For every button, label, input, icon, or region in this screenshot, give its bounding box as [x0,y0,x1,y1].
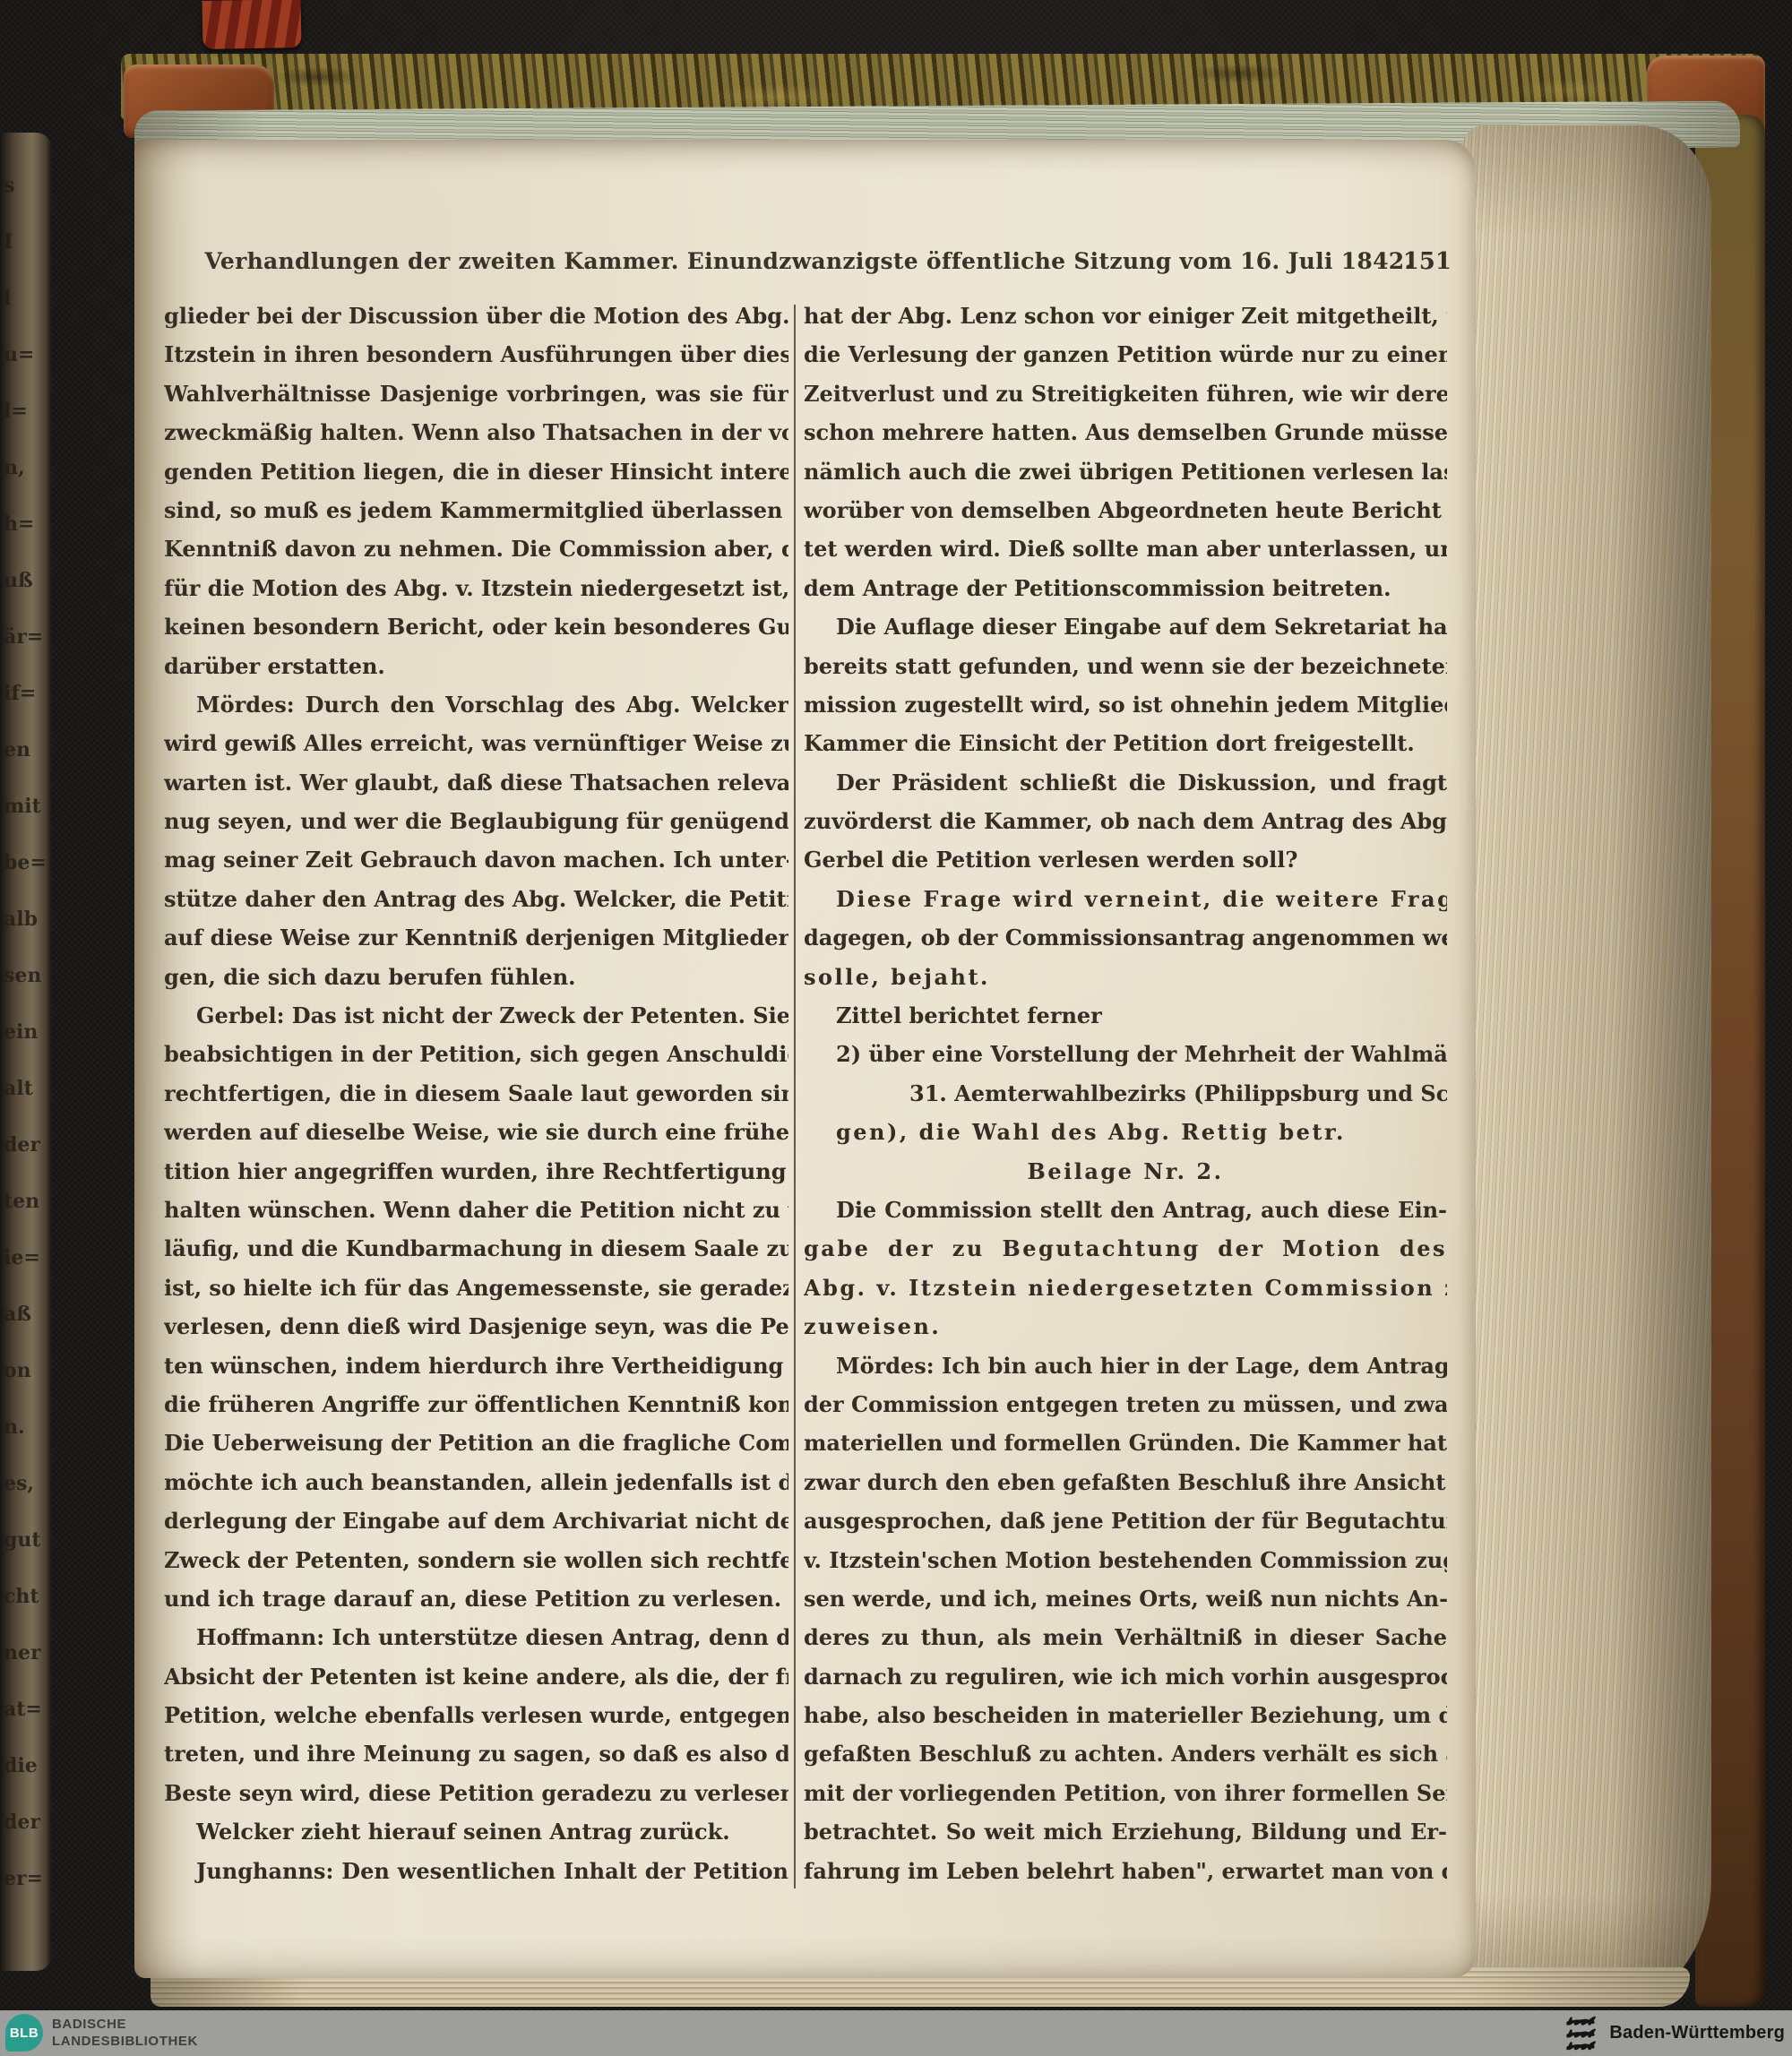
text-line: hat der Abg. Lenz schon vor einiger Zeit… [804,303,1447,341]
text-line: Zweck der Petenten, sondern sie wollen s… [164,1547,788,1586]
text-line: treten, und ihre Meinung zu sagen, so da… [164,1741,788,1779]
cutoff-text-fragment: h= [0,512,52,569]
header-title: Verhandlungen der zweiten Kammer. Einund… [166,242,1452,281]
cutoff-text-fragment: är= [0,625,52,682]
text-line: läufig, und die Kundbarmachung in diesem… [164,1235,788,1274]
text-line: v. Itzstein'schen Motion bestehenden Com… [804,1547,1447,1586]
page-fore-edge [1459,125,1711,2005]
text-column-left: glieder bei der Discussion über die Moti… [164,303,788,1897]
cutoff-text-fragment: at= [0,1698,52,1754]
text-line: und ich trage darauf an, diese Petition … [164,1586,788,1624]
text-line: rechtfertigen, die in diesem Saale laut … [164,1080,788,1119]
text-line: Der Präsident schließt die Diskussion, u… [804,770,1447,808]
text-line: werden auf dieselbe Weise, wie sie durch… [164,1119,788,1157]
cutoff-text-fragment: s [0,174,52,230]
cutoff-text-fragment: sen [0,964,52,1020]
text-line: wird gewiß Alles erreicht, was vernünfti… [164,730,788,769]
running-header: Verhandlungen der zweiten Kammer. Einund… [166,242,1452,281]
text-line: darüber erstatten. [164,653,788,692]
text-line: dagegen, ob der Commissionsantrag angeno… [804,925,1447,963]
text-line: ausgesprochen, daß jene Petition der für… [804,1508,1447,1546]
text-line: glieder bei der Discussion über die Moti… [164,303,788,341]
text-line: halten wünschen. Wenn daher die Petition… [164,1197,788,1235]
text-line: Zeitverlust und zu Streitigkeiten führen… [804,381,1447,419]
text-line: Die Commission stellt den Antrag, auch d… [804,1197,1447,1235]
text-line: gabe der zu Begutachtung der Motion des [804,1235,1447,1274]
text-line: zuweisen. [804,1313,1447,1352]
text-line: ist, so hielte ich für das Angemessenste… [164,1275,788,1313]
text-line: bereits statt gefunden, und wenn sie der… [804,653,1447,692]
text-line: die früheren Angriffe zur öffentlichen K… [164,1391,788,1430]
text-line: nämlich auch die zwei übrigen Petitionen… [804,459,1447,497]
text-line: darnach zu reguliren, wie ich mich vorhi… [804,1664,1447,1702]
text-line: zuvörderst die Kammer, ob nach dem Antra… [804,808,1447,847]
cutoff-text-fragment: I [0,230,52,287]
cutoff-text-fragment: if= [0,682,52,738]
text-line: stütze daher den Antrag des Abg. Welcker… [164,886,788,925]
text-line: Beste seyn wird, diese Petition geradezu… [164,1780,788,1819]
cutoff-text-fragment: be= [0,851,52,908]
text-line: sen werde, und ich, meines Orts, weiß nu… [804,1586,1447,1624]
text-line: Welcker zieht hierauf seinen Antrag zurü… [164,1819,788,1857]
text-line: nug seyen, und wer die Beglaubigung für … [164,808,788,847]
cutoff-text-fragment: en [0,738,52,795]
cutoff-text-fragment: mit [0,795,52,851]
text-column-right: hat der Abg. Lenz schon vor einiger Zeit… [804,303,1447,1897]
text-line: Diese Frage wird verneint, die weitere F… [804,886,1447,925]
library-footer-bar: BLB BADISCHE LANDESBIBLIOTHEK Baden-Würt… [0,2010,1792,2056]
cutoff-text-fragment: n, [0,456,52,512]
cutoff-text-fragment: es, [0,1472,52,1528]
text-line: schon mehrere hatten. Aus demselben Grun… [804,419,1447,458]
text-line: habe, also bescheiden in materieller Bez… [804,1702,1447,1741]
page-number: 151 [1403,242,1452,281]
text-line: mit der vorliegenden Petition, von ihrer… [804,1780,1447,1819]
text-line: keinen besondern Bericht, oder kein beso… [164,614,788,652]
text-line: zwar durch den eben gefaßten Beschluß ih… [804,1469,1447,1508]
cutoff-text-fragment: l= [0,400,52,456]
library-name-line2: LANDESBIBLIOTHEK [52,2033,198,2050]
library-name: BADISCHE LANDESBIBLIOTHEK [52,2016,198,2050]
text-line: Beilage Nr. 2. [804,1158,1447,1197]
red-headband [202,0,302,49]
text-line: Zittel berichtet ferner [804,1002,1447,1041]
text-line: mission zugestellt wird, so ist ohnehin … [804,692,1447,730]
text-line: der Commission entgegen treten zu müssen… [804,1391,1447,1430]
text-line: Mördes: Durch den Vorschlag des Abg. Wel… [164,692,788,730]
cutoff-text-fragment: ein [0,1020,52,1077]
text-line: gefaßten Beschluß zu achten. Anders verh… [804,1741,1447,1779]
text-line: warten ist. Wer glaubt, daß diese Thatsa… [164,770,788,808]
text-line: Wahlverhältnisse Dasjenige vorbringen, w… [164,381,788,419]
cutoff-text-fragment: die [0,1754,52,1811]
cutoff-text-fragment: gut [0,1528,52,1585]
text-line: Die Auflage dieser Eingabe auf dem Sekre… [804,614,1447,652]
text-line: tition hier angegriffen wurden, ihre Rec… [164,1158,788,1197]
text-line: Petition, welche ebenfalls verlesen wurd… [164,1702,788,1741]
text-line: Junghanns: Den wesentlichen Inhalt der P… [164,1858,788,1897]
text-line: materiellen und formellen Gründen. Die K… [804,1430,1447,1468]
cutoff-text-fragment: alb [0,908,52,964]
text-line: Die Ueberweisung der Petition an die fra… [164,1430,788,1468]
text-line: Mördes: Ich bin auch hier in der Lage, d… [804,1353,1447,1391]
cutoff-text-fragment: alt [0,1077,52,1133]
text-line: Absicht der Petenten ist keine andere, a… [164,1664,788,1702]
cutoff-text-fragment: n. [0,1415,52,1472]
cutoff-text-fragment: der [0,1133,52,1190]
cutoff-text-fragment: ten [0,1190,52,1246]
cutoff-text-fragment: uß [0,569,52,625]
text-line: fahrung im Leben belehrt haben", erwarte… [804,1858,1447,1897]
text-line: Gerbel: Das ist nicht der Zweck der Pete… [164,1002,788,1041]
text-line: beabsichtigen in der Petition, sich gege… [164,1041,788,1080]
text-line: 2) über eine Vorstellung der Mehrheit de… [804,1041,1447,1080]
text-line: Kammer die Einsicht der Petition dort fr… [804,730,1447,769]
library-name-line1: BADISCHE [52,2016,198,2033]
state-name-label: Baden-Württemberg [1609,2023,1785,2043]
cutoff-text-fragment: cht [0,1585,52,1641]
text-line: worüber von demselben Abgeordneten heute… [804,497,1447,536]
cutoff-text-fragment: der [0,1811,52,1867]
text-line: 31. Aemterwahlbezirks (Philippsburg und … [804,1080,1447,1119]
text-line: gen, die sich dazu berufen fühlen. [164,964,788,1002]
cutoff-text-fragment: l [0,287,52,343]
cutoff-text-fragment: ner [0,1641,52,1698]
cutoff-text-fragment: ie= [0,1246,52,1303]
cutoff-text-fragment: aß [0,1303,52,1359]
text-line: Gerbel die Petition verlesen werden soll… [804,847,1447,885]
text-line: auf diese Weise zur Kenntniß derjenigen … [164,925,788,963]
digitized-book-scan: sIlu=l=n,h=ußär=if=enmitbe=albseneinaltd… [0,0,1792,2056]
cutoff-text-fragment: er= [0,1867,52,1923]
text-line: Itzstein in ihren besondern Ausführungen… [164,341,788,380]
text-line: Abg. v. Itzstein niedergesetzten Commiss… [804,1275,1447,1313]
text-line: derlegung der Eingabe auf dem Archivaria… [164,1508,788,1546]
cutoff-text-fragment: on [0,1359,52,1415]
blb-logo: BLB BADISCHE LANDESBIBLIOTHEK [5,2014,198,2052]
text-line: genden Petition liegen, die in dieser Hi… [164,459,788,497]
text-line: solle, bejaht. [804,964,1447,1002]
blb-badge-icon: BLB [5,2014,43,2052]
text-line: Hoffmann: Ich unterstütze diesen Antrag,… [164,1624,788,1663]
facing-page-edge: sIlu=l=n,h=ußär=if=enmitbe=albseneinaltd… [0,133,52,1971]
text-line: Kenntniß davon zu nehmen. Die Commission… [164,536,788,574]
text-line: sind, so muß es jedem Kammermitglied übe… [164,497,788,536]
text-line: tet werden wird. Dieß sollte man aber un… [804,536,1447,574]
text-line: die Verlesung der ganzen Petition würde … [804,341,1447,380]
text-line: betrachtet. So weit mich Erziehung, Bild… [804,1819,1447,1857]
text-line: für die Motion des Abg. v. Itzstein nied… [164,575,788,614]
column-divider-rule [794,305,796,1888]
baden-wuerttemberg-logo: Baden-Württemberg [1564,2010,1785,2056]
text-line: dem Antrage der Petitionscommission beit… [804,575,1447,614]
text-line: ten wünschen, indem hierdurch ihre Verth… [164,1353,788,1391]
text-line: deres zu thun, als mein Verhältniß in di… [804,1624,1447,1663]
text-line: verlesen, denn dieß wird Dasjenige seyn,… [164,1313,788,1352]
cutoff-text-fragment: u= [0,343,52,400]
text-line: möchte ich auch beanstanden, allein jede… [164,1469,788,1508]
three-lions-icon [1564,2014,1598,2053]
text-line: zweckmäßig halten. Wenn also Thatsachen … [164,419,788,458]
text-line: gen), die Wahl des Abg. Rettig betr. [804,1119,1447,1157]
text-line: mag seiner Zeit Gebrauch davon machen. I… [164,847,788,885]
